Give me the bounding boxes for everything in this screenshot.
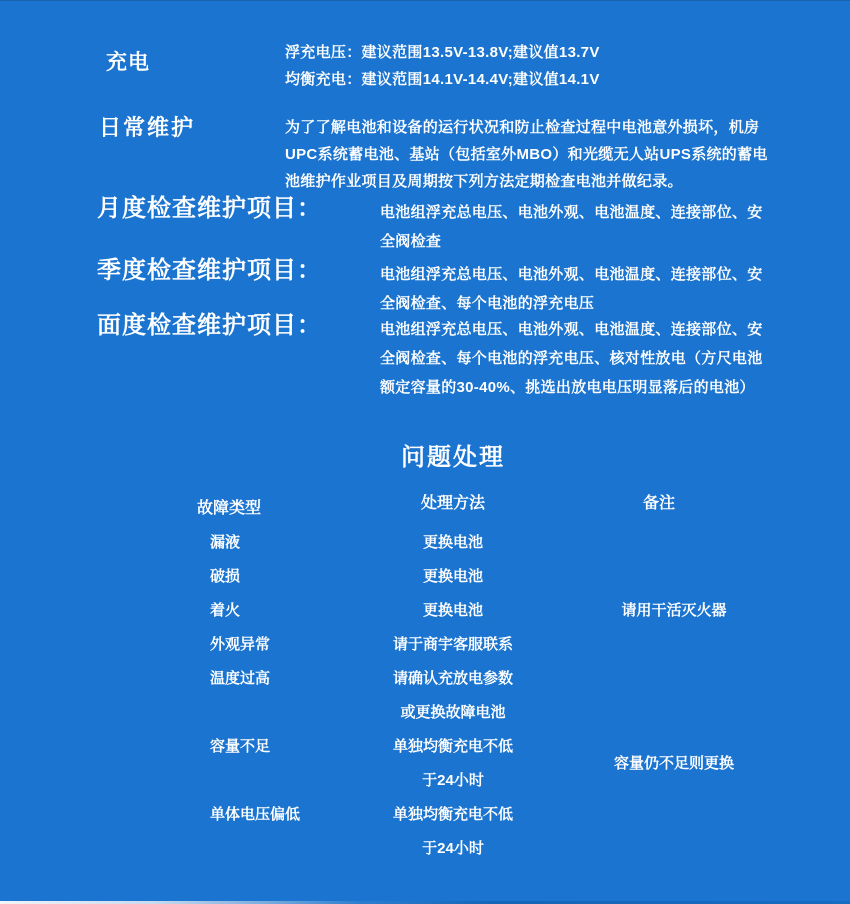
handling-method-cell: 更换电池: [353, 560, 553, 594]
section-label-charging: 充电: [106, 46, 150, 76]
handling-method-cell: 请确认充放电参数 或更换故障电池: [353, 662, 553, 730]
annual-check-items: 电池组浮充总电压、电池外观、电池温度、连接部位、安 全阀检查、每个电池的浮充电压…: [380, 315, 763, 402]
remark-cell: [574, 628, 774, 662]
handling-method-cell: 更换电池: [353, 526, 553, 560]
handling-method-cell: 单独均衡充电不低 于24小时: [353, 730, 553, 798]
table-row: 单体电压偏低 单独均衡充电不低 于24小时: [0, 798, 850, 866]
remark-cell: 容量仍不足则更换: [574, 730, 774, 798]
problem-table-body: 漏液 更换电池 破损 更换电池 着火 更换电池 请用干活灭火器 外观异常 请于商…: [0, 526, 850, 866]
monthly-check-items: 电池组浮充总电压、电池外观、电池温度、连接部位、安 全阀检查: [380, 198, 763, 256]
table-row: 漏液 更换电池: [0, 526, 850, 560]
handling-method-cell: 更换电池: [353, 594, 553, 628]
table-row: 破损 更换电池: [0, 560, 850, 594]
fault-type-cell: 外观异常: [210, 628, 353, 662]
fault-type-cell: 温度过高: [210, 662, 353, 696]
remark-cell: [574, 560, 774, 594]
remark-cell: [574, 662, 774, 730]
remark-cell: [574, 526, 774, 560]
section-label-annual-check: 面度检查维护项目：: [97, 305, 322, 340]
fault-type-cell: 破损: [210, 560, 353, 594]
column-header-handling-method: 处理方法: [353, 490, 553, 513]
table-row: 外观异常 请于商宇客服联系: [0, 628, 850, 662]
remark-cell: 请用干活灭火器: [574, 594, 774, 628]
handling-method-cell: 请于商宇客服联系: [353, 628, 553, 662]
fault-type-cell: 容量不足: [210, 730, 353, 764]
handling-method-cell: 单独均衡充电不低 于24小时: [353, 798, 553, 866]
daily-maintenance-text: 为了了解电池和设备的运行状况和防止检查过程中电池意外损坏，机房 UPC系统蓄电池…: [285, 114, 768, 195]
fault-type-cell: 单体电压偏低: [210, 798, 353, 832]
table-row: 着火 更换电池 请用干活灭火器: [0, 594, 850, 628]
fault-type-cell: 着火: [210, 594, 353, 628]
section-label-daily-maintenance: 日常维护: [99, 111, 195, 142]
column-header-remark: 备注: [559, 490, 759, 513]
section-label-monthly-check: 月度检查维护项目：: [97, 188, 322, 223]
table-row: 温度过高 请确认充放电参数 或更换故障电池: [0, 662, 850, 730]
battery-maintenance-sheet: 充电 浮充电压：建议范围13.5V-13.8V;建议值13.7V 均衡充电：建议…: [0, 0, 850, 904]
remark-cell: [574, 798, 774, 866]
fault-type-cell: 漏液: [210, 526, 353, 560]
charging-voltage-text: 浮充电压：建议范围13.5V-13.8V;建议值13.7V 均衡充电：建议范围1…: [285, 39, 600, 93]
problem-table-header: 故障类型 处理方法 备注: [0, 490, 850, 524]
column-header-fault-type: 故障类型: [197, 495, 261, 518]
quarterly-check-items: 电池组浮充总电压、电池外观、电池温度、连接部位、安 全阀检查、每个电池的浮充电压: [380, 260, 763, 318]
table-row: 容量不足 单独均衡充电不低 于24小时 容量仍不足则更换: [0, 730, 850, 798]
problem-handling-title: 问题处理: [56, 437, 850, 472]
section-label-quarterly-check: 季度检查维护项目：: [97, 250, 322, 285]
